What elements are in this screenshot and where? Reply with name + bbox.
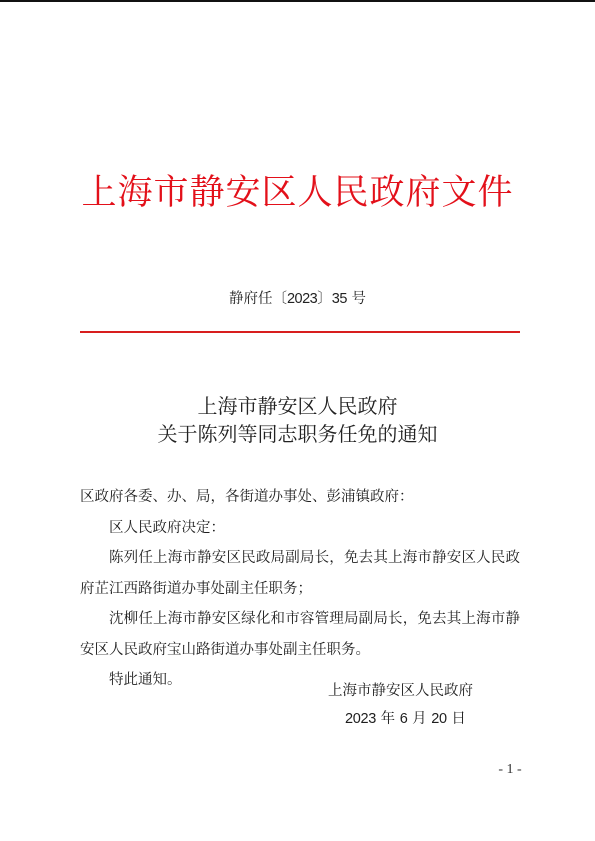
body-paragraph: 区人民政府决定： bbox=[80, 513, 520, 544]
signature-block: 上海市静安区人民政府 2023 年 6 月 20 日 bbox=[300, 677, 540, 733]
salutation: 区政府各委、办、局，各街道办事处、彭浦镇政府： bbox=[80, 482, 520, 513]
date-year-label: 年 bbox=[376, 711, 400, 727]
top-border-line bbox=[0, 0, 595, 2]
signing-organization: 上海市静安区人民政府 bbox=[300, 677, 540, 705]
notice-title: 上海市静安区人民政府 关于陈列等同志职务任免的通知 bbox=[0, 392, 595, 448]
doc-number-suffix: 号 bbox=[352, 291, 367, 307]
date-day-label: 日 bbox=[447, 711, 466, 727]
signing-date: 2023 年 6 月 20 日 bbox=[300, 705, 540, 733]
page-number: - 1 - bbox=[480, 762, 540, 778]
date-day: 20 bbox=[431, 711, 447, 727]
date-month: 6 bbox=[400, 711, 408, 727]
notice-body: 区政府各委、办、局，各街道办事处、彭浦镇政府： 区人民政府决定： 陈列任上海市静… bbox=[80, 482, 520, 696]
doc-number-prefix: 静府任〔 bbox=[229, 291, 287, 307]
body-paragraph: 陈列任上海市静安区民政局副局长，免去其上海市静安区人民政府芷江西路街道办事处副主… bbox=[80, 543, 520, 604]
doc-number-middle: 〕 bbox=[317, 291, 332, 307]
body-paragraph: 沈柳任上海市静安区绿化和市容管理局副局长，免去其上海市静安区人民政府宝山路街道办… bbox=[80, 604, 520, 665]
document-header-title: 上海市静安区人民政府文件 bbox=[0, 168, 595, 218]
document-number: 静府任〔2023〕35 号 bbox=[0, 289, 595, 309]
date-year: 2023 bbox=[345, 711, 376, 727]
doc-number-value: 35 bbox=[332, 291, 347, 307]
doc-number-year: 2023 bbox=[287, 291, 317, 307]
notice-title-line-1: 上海市静安区人民政府 bbox=[0, 392, 595, 420]
notice-title-line-2: 关于陈列等同志职务任免的通知 bbox=[0, 420, 595, 448]
red-separator-rule bbox=[80, 331, 520, 333]
date-month-label: 月 bbox=[408, 711, 432, 727]
